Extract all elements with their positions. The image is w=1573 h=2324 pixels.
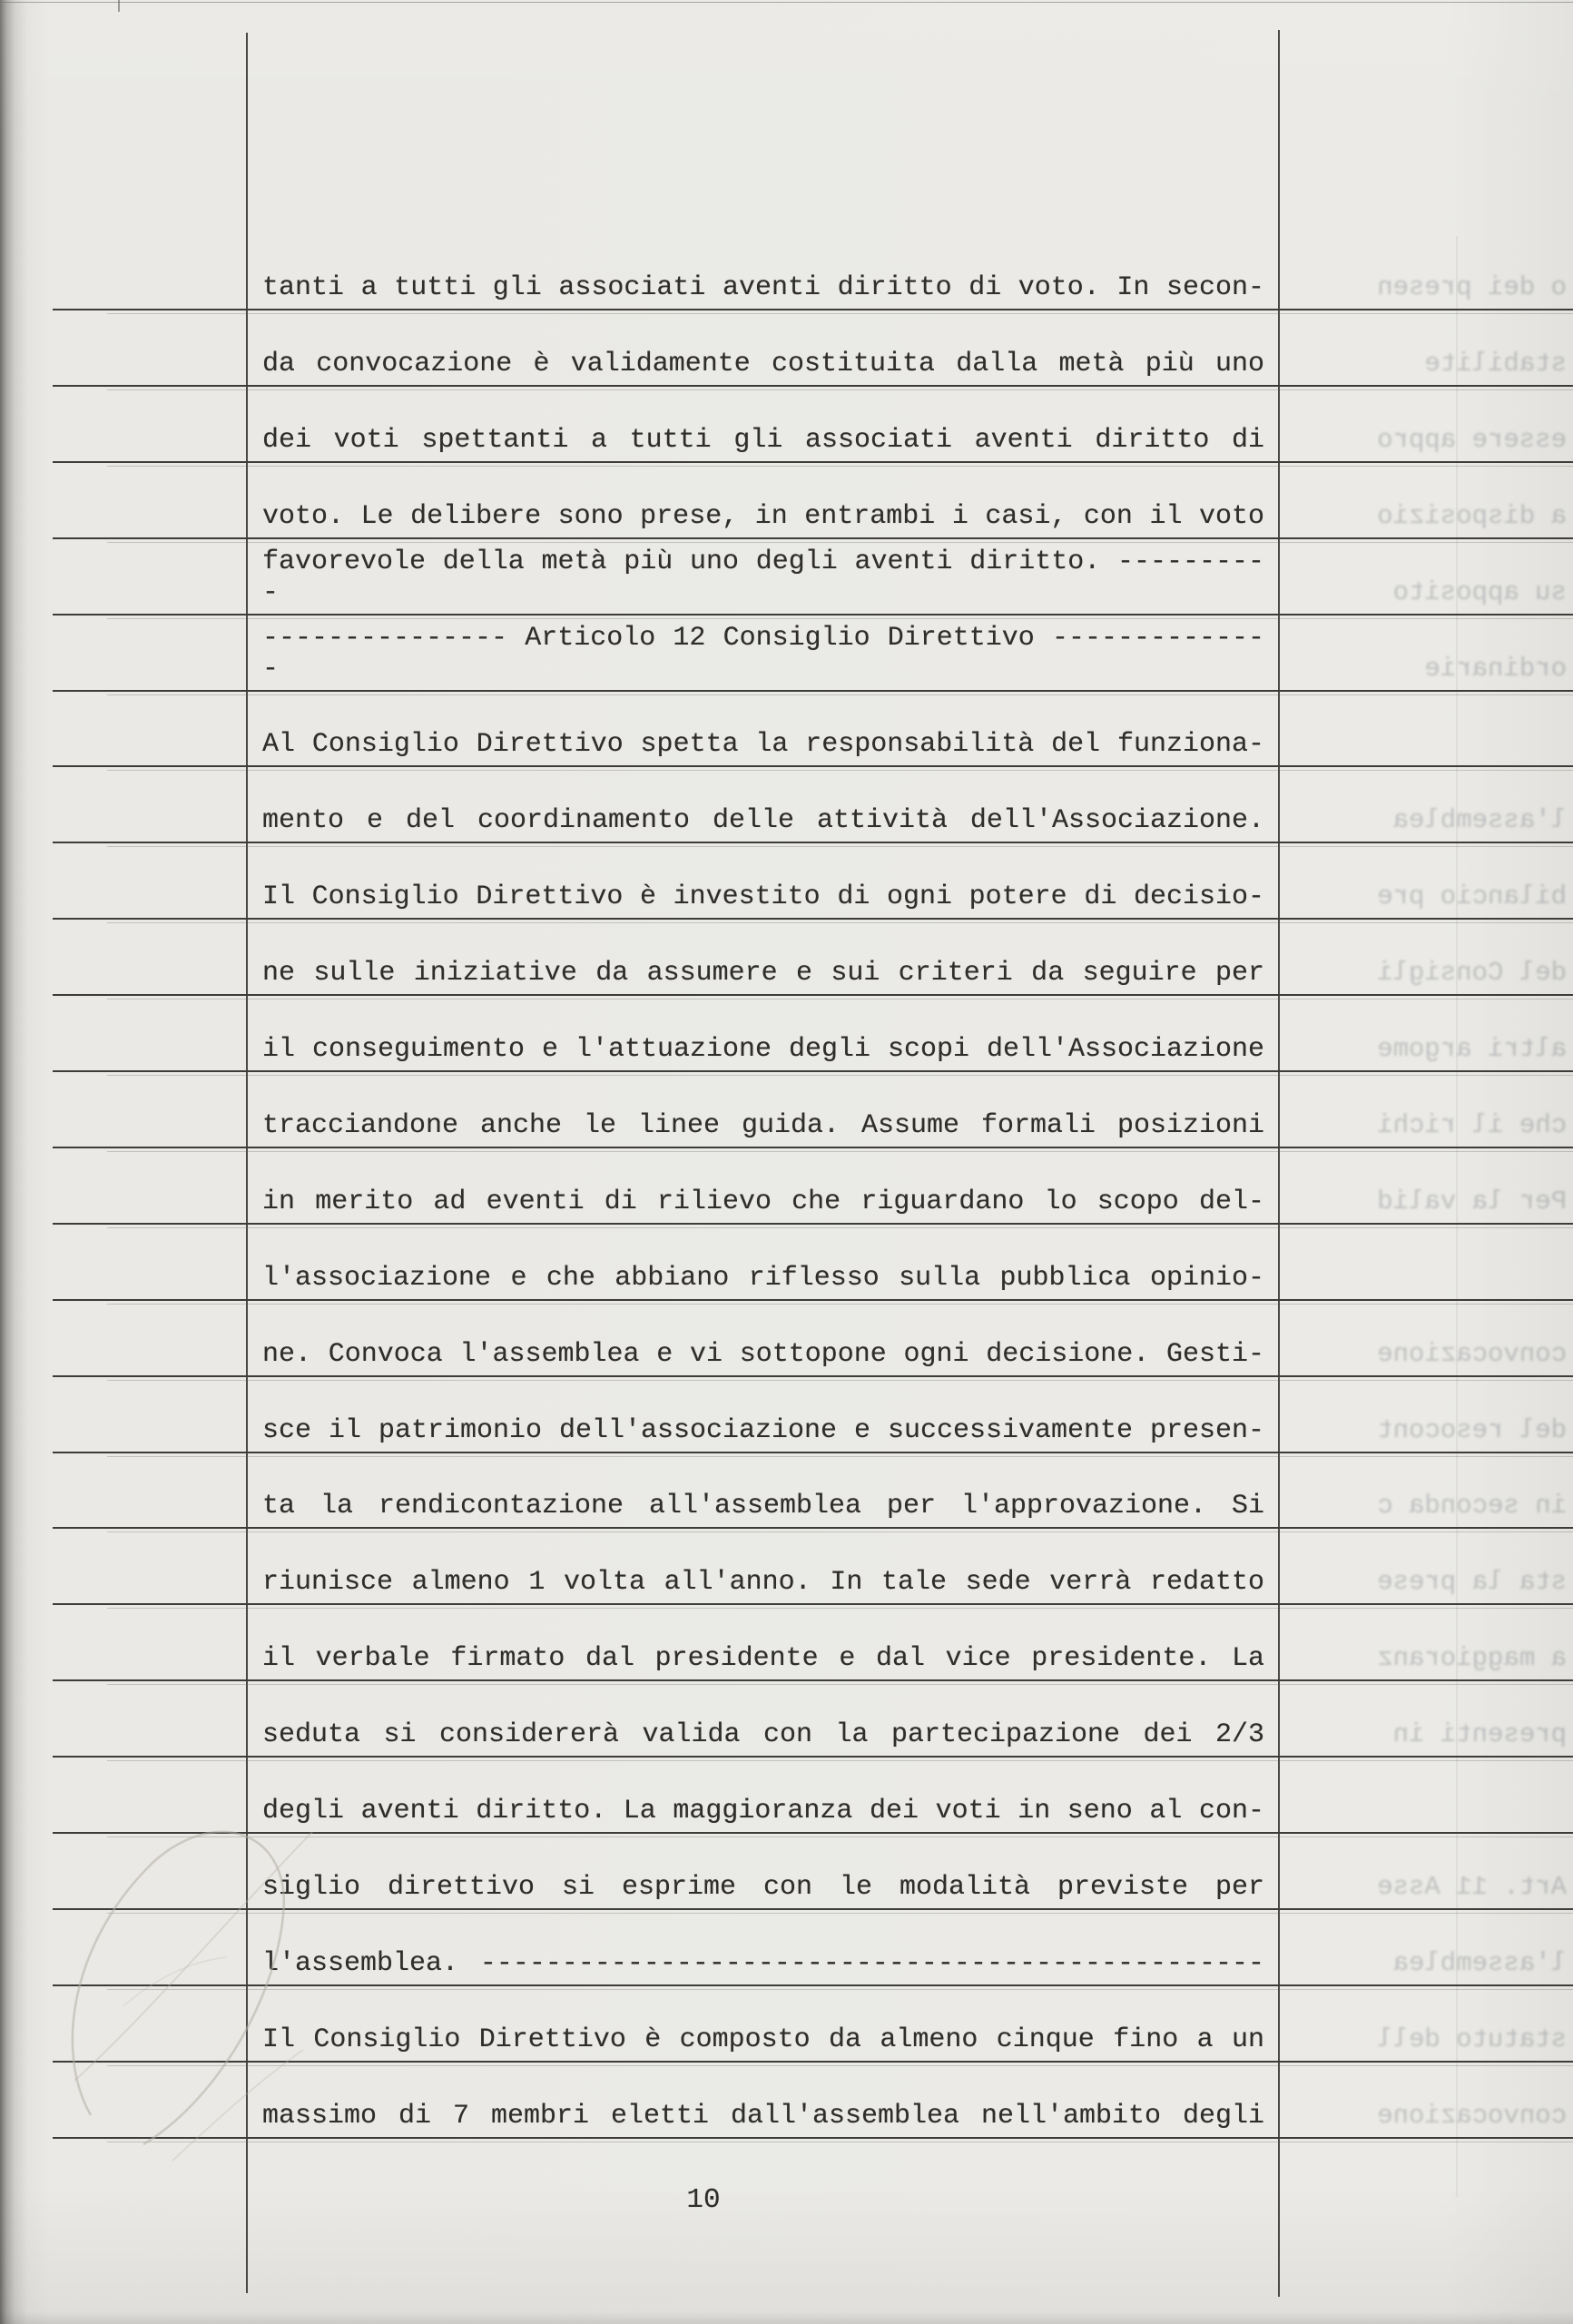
bleed-through-text: l'assemblea bbox=[1289, 805, 1567, 842]
typewritten-text-line: sce il patrimonio dell'associazione e su… bbox=[262, 1415, 1264, 1446]
ruled-line bbox=[53, 537, 1573, 539]
typewritten-text-line: Il Consiglio Direttivo è composto da alm… bbox=[262, 2024, 1264, 2055]
bleed-through-text: statuto dell bbox=[1289, 2024, 1567, 2061]
bleed-through-text bbox=[1289, 1796, 1567, 1832]
typewritten-text-line: l'assemblea. ---------------------------… bbox=[262, 1948, 1264, 1979]
ruled-line bbox=[53, 309, 1573, 310]
ruled-line bbox=[53, 385, 1573, 387]
bleed-through-text: convocazione bbox=[1289, 1339, 1567, 1375]
typewritten-text-line: voto. Le delibere sono prese, in entramb… bbox=[262, 501, 1264, 532]
typewritten-text-line: ne. Convoca l'assemblea e vi sottopone o… bbox=[262, 1339, 1264, 1370]
ruled-line bbox=[53, 1452, 1573, 1453]
ruled-line bbox=[53, 614, 1573, 615]
typewritten-text-line: tracciandone anche le linee guida. Assum… bbox=[262, 1110, 1264, 1141]
bleed-through-text: l'assemblea bbox=[1289, 1948, 1567, 1984]
ruled-line bbox=[53, 918, 1573, 920]
bleed-through-text: ordinarie bbox=[1289, 654, 1567, 690]
typewritten-text-line: tanti a tutti gli associati aventi dirit… bbox=[262, 272, 1264, 303]
typewritten-text-line: siglio direttivo si esprime con le modal… bbox=[262, 1872, 1264, 1903]
bleed-through-text bbox=[1289, 729, 1567, 765]
bleed-through-text: su apposito bbox=[1289, 577, 1567, 614]
bleed-through-text: che il richi bbox=[1289, 1110, 1567, 1147]
typewritten-text-line: massimo di 7 membri eletti dall'assemble… bbox=[262, 2101, 1264, 2132]
typewritten-text-line: in merito ad eventi di rilievo che rigua… bbox=[262, 1187, 1264, 1217]
typewritten-text-line: Al Consiglio Direttivo spetta la respons… bbox=[262, 729, 1264, 760]
typewritten-text-line: degli aventi diritto. La maggioranza dei… bbox=[262, 1796, 1264, 1827]
ruled-line bbox=[53, 1299, 1573, 1301]
page-number: 10 bbox=[649, 2184, 758, 2216]
typewritten-text-line: ta la rendicontazione all'assemblea per … bbox=[262, 1491, 1264, 1521]
bleed-through-text: a disposizio bbox=[1289, 501, 1567, 537]
bleed-through-text: Per la valid bbox=[1289, 1187, 1567, 1223]
bleed-through-text: essere appro bbox=[1289, 425, 1567, 461]
bleed-through-text: Art. 11 Asse bbox=[1289, 1872, 1567, 1908]
ruled-line bbox=[53, 1679, 1573, 1681]
ruled-line bbox=[53, 1756, 1573, 1758]
typewritten-text-line: ne sulle iniziative da assumere e sui cr… bbox=[262, 958, 1264, 989]
typewritten-text-line: dei voti spettanti a tutti gli associati… bbox=[262, 425, 1264, 456]
bleed-through-text: presenti in bbox=[1289, 1719, 1567, 1756]
ruled-line bbox=[53, 1147, 1573, 1148]
ruled-line bbox=[53, 461, 1573, 463]
ruled-line bbox=[53, 1375, 1573, 1377]
typewritten-text-line: mento e del coordinamento delle attività… bbox=[262, 805, 1264, 836]
typewritten-text-line: riunisce almeno 1 volta all'anno. In tal… bbox=[262, 1567, 1264, 1598]
ruled-line bbox=[53, 765, 1573, 767]
bleed-through-text: altri argome bbox=[1289, 1034, 1567, 1070]
scanned-document-page: tanti a tutti gli associati aventi dirit… bbox=[0, 0, 1573, 2324]
bleed-through-text: a maggioranz bbox=[1289, 1643, 1567, 1679]
typewritten-text-line: seduta si considererà valida con la part… bbox=[262, 1719, 1264, 1750]
bleed-through-text: sta la prese bbox=[1289, 1567, 1567, 1603]
bleed-through-text: del Consigli bbox=[1289, 958, 1567, 994]
typewritten-text-line: il verbale firmato dal presidente e dal … bbox=[262, 1643, 1264, 1674]
typewritten-text-line: favorevole della metà più uno degli aven… bbox=[262, 547, 1264, 608]
typewritten-text-line: da convocazione è validamente costituita… bbox=[262, 349, 1264, 379]
ruled-line bbox=[53, 690, 1573, 692]
typewritten-text-line: l'associazione e che abbiano riflesso su… bbox=[262, 1263, 1264, 1294]
ruled-line bbox=[53, 1527, 1573, 1529]
ruled-line bbox=[53, 1223, 1573, 1225]
ruled-line bbox=[53, 994, 1573, 996]
scan-bottom-edge bbox=[0, 2311, 1573, 2324]
pencil-scribble bbox=[36, 1779, 336, 2179]
ruled-line bbox=[53, 842, 1573, 843]
typewritten-text-line article-heading: --------------- Articolo 12 Consiglio Di… bbox=[262, 623, 1264, 684]
bleed-through-text: bilancio pre bbox=[1289, 881, 1567, 918]
typewritten-text-line: il conseguimento e l'attuazione degli sc… bbox=[262, 1034, 1264, 1065]
bleed-through-text: del resocont bbox=[1289, 1415, 1567, 1452]
ruled-line bbox=[53, 1603, 1573, 1605]
bleed-through-text: in seconda c bbox=[1289, 1491, 1567, 1527]
typewritten-text-line: Il Consiglio Direttivo è investito di og… bbox=[262, 881, 1264, 912]
bleed-through-text: o dei presen bbox=[1289, 272, 1567, 309]
scan-artifact-tick bbox=[118, 0, 120, 12]
scan-top-edge bbox=[0, 2, 1573, 3]
bleed-through-text bbox=[1289, 1263, 1567, 1299]
bleed-through-text: convocazione bbox=[1289, 2101, 1567, 2137]
bleed-through-text: stabilite bbox=[1289, 349, 1567, 385]
ruled-line bbox=[53, 1070, 1573, 1072]
